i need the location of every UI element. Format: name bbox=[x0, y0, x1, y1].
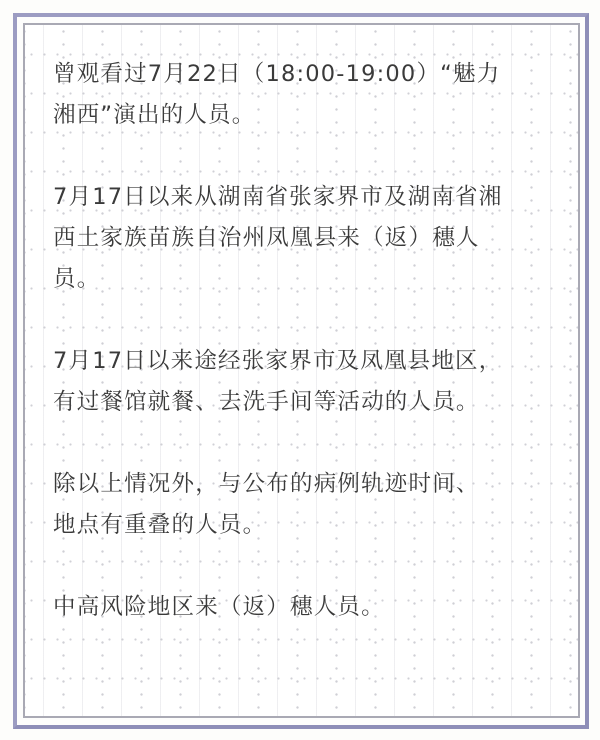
paragraph-risk-area-arrivals: 中高风险地区来（返）穗人员。 bbox=[53, 587, 553, 628]
paragraph-overlapping-trajectory: 除以上情况外，与公布的病例轨迹时间、 地点有重叠的人员。 bbox=[53, 464, 553, 546]
text-line: 地点有重叠的人员。 bbox=[53, 505, 553, 546]
text-line: 中高风险地区来（返）穗人员。 bbox=[53, 587, 553, 628]
notice-text-block: 曾观看过7月22日（18:00-19:00）“魅力 湘西”演出的人员。 7月17… bbox=[53, 54, 553, 628]
text-line: 除以上情况外，与公布的病例轨迹时间、 bbox=[53, 464, 553, 505]
text-line: 曾观看过7月22日（18:00-19:00）“魅力 bbox=[53, 54, 553, 95]
text-line: 员。 bbox=[53, 259, 553, 300]
text-line: 有过餐馆就餐、去洗手间等活动的人员。 bbox=[53, 382, 553, 423]
text-line: 7月17日以来途经张家界市及凤凰县地区， bbox=[53, 341, 553, 382]
paragraph-arrivals-zhangjiajie-fenghuang: 7月17日以来从湖南省张家界市及湖南省湘 西土家族苗族自治州凤凰县来（返）穗人 … bbox=[53, 177, 553, 300]
text-line: 7月17日以来从湖南省张家界市及湖南省湘 bbox=[53, 177, 553, 218]
paragraph-transit-activities: 7月17日以来途经张家界市及凤凰县地区， 有过餐馆就餐、去洗手间等活动的人员。 bbox=[53, 341, 553, 423]
paragraph-show-attendees: 曾观看过7月22日（18:00-19:00）“魅力 湘西”演出的人员。 bbox=[53, 54, 553, 136]
text-line: 湘西”演出的人员。 bbox=[53, 95, 553, 136]
text-line: 西土家族苗族自治州凤凰县来（返）穗人 bbox=[53, 218, 553, 259]
